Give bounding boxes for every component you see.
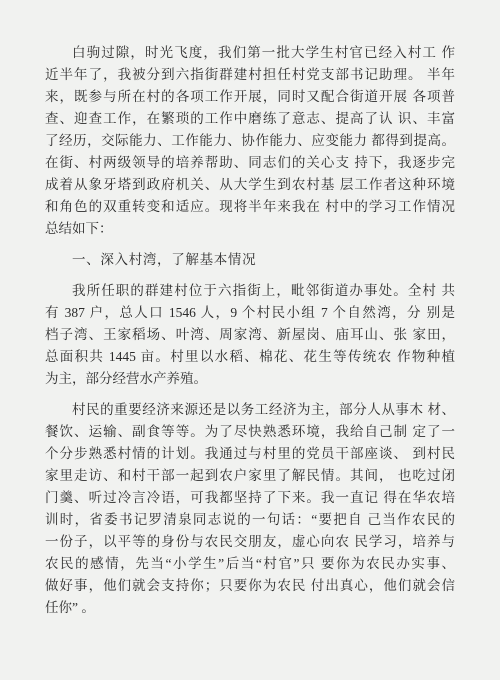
- text-line: 近半年了，我被分到六指街群建村担任村党支部书记助理。 半年: [45, 64, 455, 86]
- text-line: 总面积共 1445 亩。村里以水稻、棉花、花生等传统农 作物种植: [45, 346, 455, 368]
- paragraph: 村民的重要经济来源还是以务工经济为主，部分人从事木 材、餐饮、运输、副食等等。为…: [45, 399, 455, 619]
- text-line: 来，既参与所在村的各项工作开展，同时又配合街道开展 各项普: [45, 86, 455, 108]
- document-page: 白驹过隙，时光飞度，我们第一批大学生村官已经入村工 作近半年了，我被分到六指街群…: [0, 0, 500, 680]
- text-line: 为主，部分经营水产养殖。: [45, 368, 455, 390]
- text-line: 了经历，交际能力、工作能力、协作能力、应变能力 都得到提高。: [45, 130, 455, 152]
- text-line: 我所任职的群建村位于六指街上，毗邻街道办事处。全村 共: [45, 280, 455, 302]
- text-line: 和角色的双重转变和适应。现将半年来我在 村中的学习工作情况: [45, 196, 455, 218]
- text-line: 一、深入村湾，了解基本情况: [45, 249, 455, 271]
- text-line: 餐饮、运输、副食等等。为了尽快熟悉环境，我给自己制 定了一: [45, 421, 455, 443]
- text-line: 总结如下：: [45, 218, 455, 240]
- document-body: 白驹过隙，时光飞度，我们第一批大学生村官已经入村工 作近半年了，我被分到六指街群…: [45, 42, 455, 619]
- text-line: 档子湾、王家稻场、叶湾、周家湾、新屋岗、庙耳山、张 家田，: [45, 324, 455, 346]
- text-line: 农民的感情，先当“小学生”后当“村官”只 要你为农民办实事、: [45, 553, 455, 575]
- paragraph: 我所任职的群建村位于六指街上，毗邻街道办事处。全村 共有 387 户，总人口 1…: [45, 280, 455, 390]
- text-line: 训时，省委书记罗清泉同志说的一句话：“要把自 己当作农民的: [45, 509, 455, 531]
- text-line: 在街、村两级领导的培养帮助、同志们的关心支 持下，我逐步完: [45, 152, 455, 174]
- section-heading: 一、深入村湾，了解基本情况: [45, 249, 455, 271]
- text-line: 家里走访、和村干部一起到农户家里了解民情。其间， 也吃过闭: [45, 465, 455, 487]
- text-line: 成着从象牙塔到政府机关、从大学生到农村基 层工作者这种环境: [45, 174, 455, 196]
- text-line: 白驹过隙，时光飞度，我们第一批大学生村官已经入村工 作: [45, 42, 455, 64]
- text-line: 个分步熟悉村情的计划。我通过与村里的党员干部座谈、 到村民: [45, 443, 455, 465]
- text-line: 任你” 。: [45, 597, 455, 619]
- text-line: 做好事，他们就会支持你；只要你为农民 付出真心，他们就会信: [45, 575, 455, 597]
- text-line: 一份子，以平等的身份与农民交朋友，虚心向农 民学习，培养与: [45, 531, 455, 553]
- text-line: 有 387 户，总人口 1546 人，9 个村民小组 7 个自然湾，分 别是: [45, 302, 455, 324]
- text-line: 村民的重要经济来源还是以务工经济为主，部分人从事木 材、: [45, 399, 455, 421]
- text-line: 查、迎查工作，在繁琐的工作中磨练了意志、提高了认 识、丰富: [45, 108, 455, 130]
- text-line: 门羹、听过冷言冷语，可我都坚持了下来。我一直记 得在华农培: [45, 487, 455, 509]
- paragraph: 白驹过隙，时光飞度，我们第一批大学生村官已经入村工 作近半年了，我被分到六指街群…: [45, 42, 455, 240]
